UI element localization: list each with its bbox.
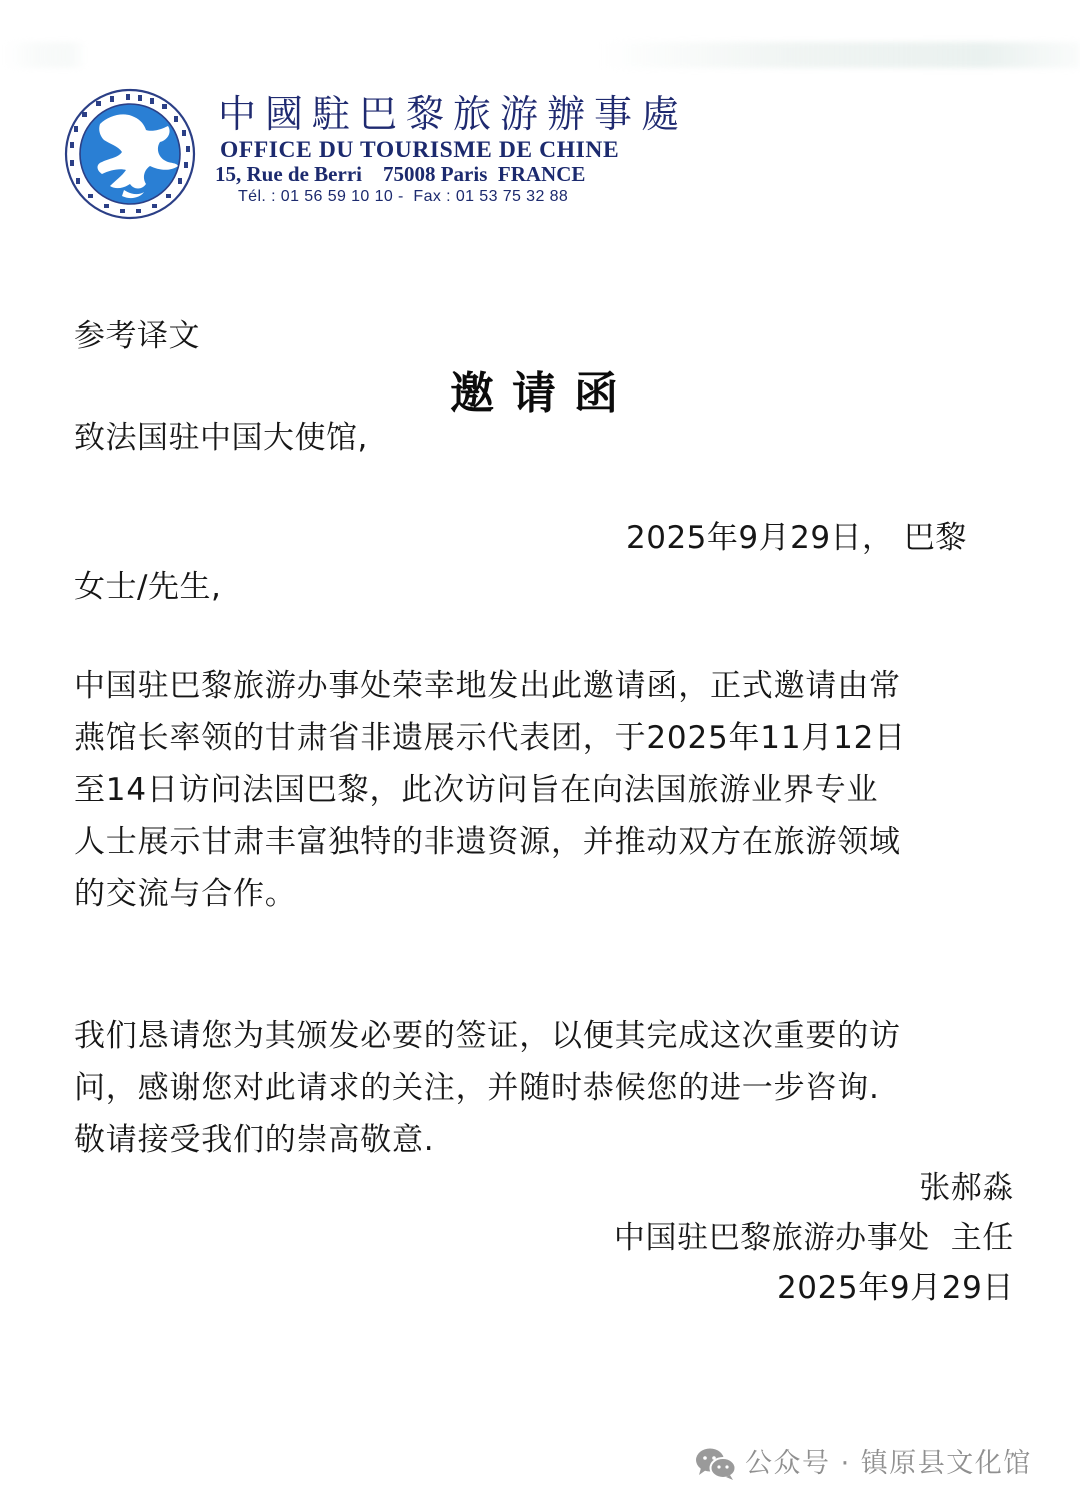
office-name-french: OFFICE DU TOURISME DE CHINE (220, 136, 619, 164)
signatory-title: 中国驻巴黎旅游办事处 主任 (614, 1213, 1014, 1263)
galloping-horse-seal-icon (60, 86, 202, 222)
scan-artifact (4, 42, 84, 68)
signature-block: 张郝淼 中国驻巴黎旅游办事处 主任 2025年9月29日 (614, 1163, 1014, 1313)
reference-translation-label: 参考译文 (74, 316, 200, 356)
paragraph-line: 敬请接受我们的崇高敬意. (74, 1114, 1034, 1166)
scan-artifact (600, 42, 1080, 68)
salutation: 女士/先生, (74, 567, 221, 607)
body-paragraph-1: 中国驻巴黎旅游办事处荣幸地发出此邀请函，正式邀请由常 燕馆长率领的甘肃省非遗展示… (74, 660, 1034, 920)
wechat-icon (695, 1447, 737, 1481)
addressee: 致法国驻中国大使馆, (74, 418, 368, 458)
paragraph-line: 至14日访问法国巴黎，此次访问旨在向法国旅游业界专业 (74, 764, 1034, 816)
date-place: 2025年9月29日， 巴黎 (626, 518, 967, 558)
letterhead: 中國駐巴黎旅游辦事處 OFFICE DU TOURISME DE CHINE 1… (60, 86, 680, 216)
signature-date: 2025年9月29日 (614, 1263, 1014, 1313)
paragraph-line: 燕馆长率领的甘肃省非遗展示代表团，于2025年11月12日 (74, 712, 1034, 764)
office-name-chinese: 中國駐巴黎旅游辦事處 (218, 92, 688, 136)
paragraph-line: 问，感谢您对此请求的关注，并随时恭候您的进一步咨询. (74, 1062, 1034, 1114)
wechat-watermark: 公众号 · 镇原县文化馆 (695, 1446, 1032, 1482)
office-address: 15, Rue de Berri 75008 Paris FRANCE (215, 161, 585, 187)
document-title: 邀请函 (450, 368, 636, 420)
paragraph-line: 的交流与合作。 (74, 868, 1034, 920)
paragraph-line: 我们恳请您为其颁发必要的签证，以便其完成这次重要的访 (74, 1010, 1034, 1062)
watermark-text: 公众号 · 镇原县文化馆 (745, 1447, 1032, 1481)
invitation-letter-page: 中國駐巴黎旅游辦事處 OFFICE DU TOURISME DE CHINE 1… (0, 0, 1080, 1511)
body-paragraph-2: 我们恳请您为其颁发必要的签证，以便其完成这次重要的访 问，感谢您对此请求的关注，… (74, 1010, 1034, 1166)
paragraph-line: 人士展示甘肃丰富独特的非遗资源，并推动双方在旅游领域 (74, 816, 1034, 868)
signatory-name: 张郝淼 (614, 1163, 1014, 1213)
paragraph-line: 中国驻巴黎旅游办事处荣幸地发出此邀请函，正式邀请由常 (74, 660, 1034, 712)
office-contact: Tél. : 01 56 59 10 10 - Fax : 01 53 75 3… (238, 187, 568, 207)
